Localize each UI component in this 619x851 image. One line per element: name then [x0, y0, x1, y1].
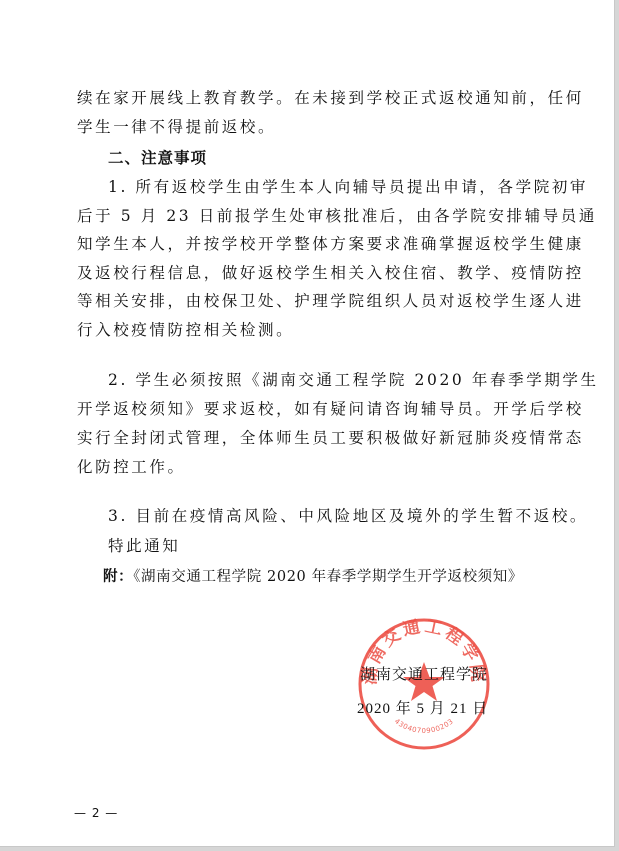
section-heading: 二、注意事项 [108, 148, 580, 168]
paragraph-line: 学生一律不得提前返校。 [77, 117, 549, 137]
item-1-line: 等相关安排，由校保卫处、护理学院组织人员对返校学生逐人进 [77, 291, 549, 311]
document-page: 续在家开展线上教育教学。在未接到学校正式返校通知前，任何 学生一律不得提前返校。… [0, 0, 615, 847]
paragraph-line: 续在家开展线上教育教学。在未接到学校正式返校通知前，任何 [77, 88, 549, 108]
closing-line: 特此通知 [108, 536, 549, 556]
appendix-link-text: 《湖南交通工程学院 2020 年春季学期学生开学返校须知》 [133, 569, 523, 585]
item-1-line: 行入校疫情防控相关检测。 [77, 320, 549, 340]
item-2-line: 实行全封闭式管理，全体师生员工要积极做好新冠肺炎疫情常态 [77, 428, 549, 448]
item-1-line: 后于 5 月 23 日前报学生处审核批准后，由各学院安排辅导员通 [77, 206, 549, 226]
svg-text:4304070900203: 4304070900203 [393, 717, 455, 735]
item-3-line: 3. 目前在疫情高风险、中风险地区及境外的学生暂不返校。 [108, 506, 549, 526]
appendix-label: 附： [103, 569, 133, 585]
appendix-line: 附：《湖南交通工程学院 2020 年春季学期学生开学返校须知》 [103, 567, 575, 587]
item-1-line: 1. 所有返校学生由学生本人向辅导员提出申请，各学院初审 [108, 177, 549, 197]
signature-date: 2020 年 5 月 21 日 [357, 697, 488, 718]
item-1-line: 及返校行程信息，做好返校学生相关入校住宿、教学、疫情防控 [77, 263, 549, 283]
page-number: — 2 — [74, 806, 118, 820]
item-2-line: 化防控工作。 [77, 457, 549, 477]
signature-organization: 湖南交通工程学院 [360, 663, 488, 684]
item-1-line: 知学生本人，并按学校开学整体方案要求准确掌握返校学生健康 [77, 234, 549, 254]
item-2-line: 2. 学生必须按照《湖南交通工程学院 2020 年春季学期学生 [108, 370, 549, 390]
item-2-line: 开学返校须知》要求返校，如有疑问请咨询辅导员。开学后学校 [77, 399, 549, 419]
official-seal-icon: 湖南交通工程学院 4304070900203 [356, 616, 492, 752]
